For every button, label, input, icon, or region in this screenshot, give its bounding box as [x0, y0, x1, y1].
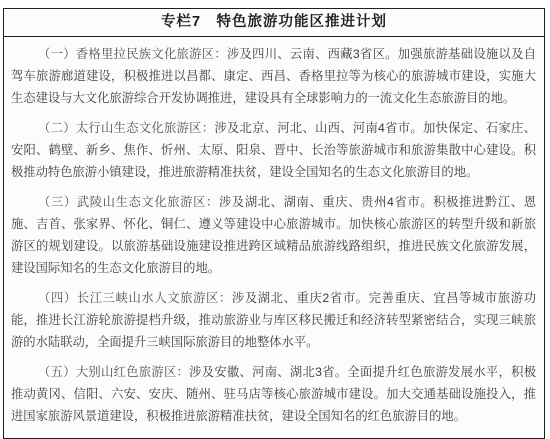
section-paragraph-2: （二）太行山生态文化旅游区：涉及北京、河北、山西、河南4省市。加快保定、石家庄、… [11, 117, 536, 183]
section-paragraph-3: （三）武陵山生态文化旅游区：涉及湖北、湖南、重庆、贵州4省市。积极推进黔江、恩施… [11, 191, 536, 279]
panel-body: （一）香格里拉民族文化旅游区：涉及四川、云南、西藏3省区。加强旅游基础设施以及自… [4, 37, 544, 427]
panel-title: 专栏7 特色旅游功能区推进计划 [4, 9, 544, 37]
section-paragraph-4: （四）长江三峡山水人文旅游区：涉及湖北、重庆2省市。完善重庆、宜昌等城市旅游功能… [11, 287, 536, 353]
special-column-panel: 专栏7 特色旅游功能区推进计划 （一）香格里拉民族文化旅游区：涉及四川、云南、西… [3, 8, 545, 439]
section-paragraph-1: （一）香格里拉民族文化旅游区：涉及四川、云南、西藏3省区。加强旅游基础设施以及自… [11, 43, 536, 109]
section-label: （四）长江三峡山水人文旅游区： [38, 291, 232, 305]
section-label: （五）大别山红色旅游区： [38, 365, 189, 379]
section-paragraph-5: （五）大别山红色旅游区：涉及安徽、河南、湖北3省。全面提升红色旅游发展水平，积极… [11, 361, 536, 427]
section-label: （一）香格里拉民族文化旅游区： [38, 47, 227, 61]
section-label: （二）太行山生态文化旅游区： [38, 121, 214, 135]
section-label: （三）武陵山生态文化旅游区： [38, 195, 219, 209]
